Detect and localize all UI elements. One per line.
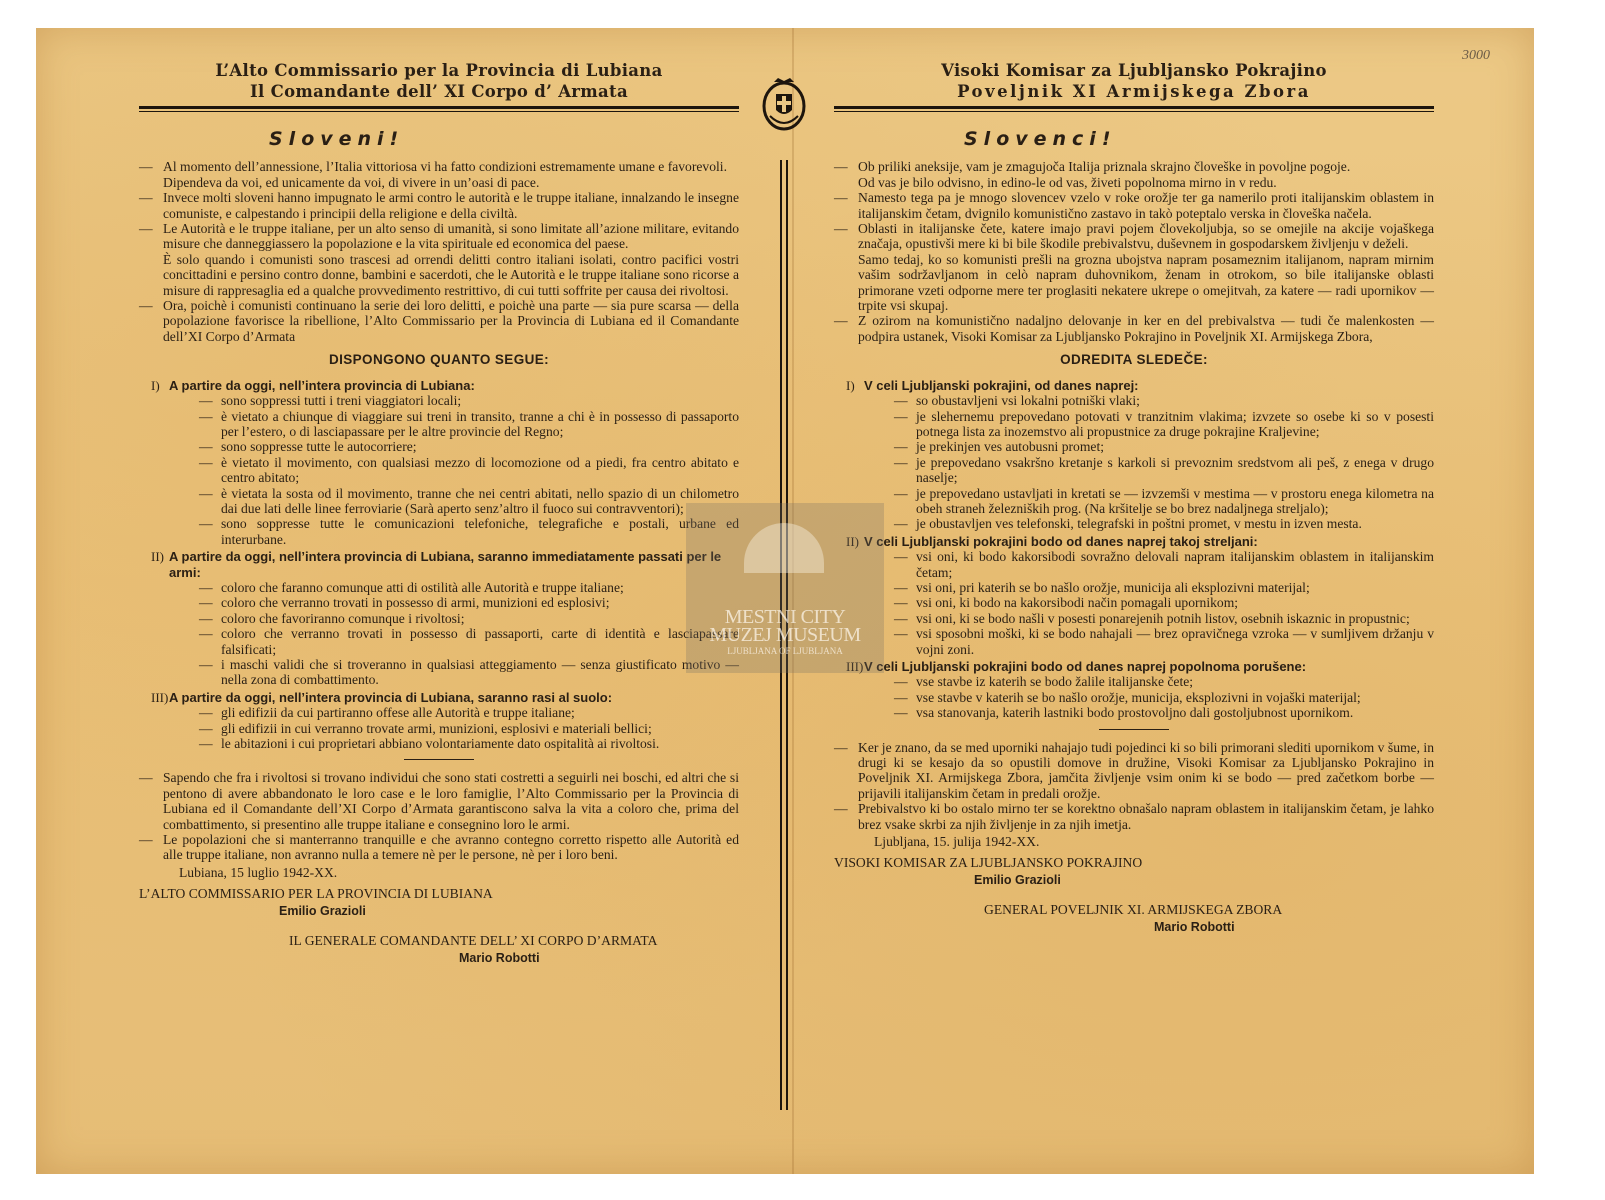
list-item: —gli edifizii in cui verranno trovate ar… <box>199 721 739 736</box>
slovene-disposition-heading: ODREDITA SLEDEČE: <box>834 352 1434 367</box>
list-item: —coloro che verranno trovati in possesso… <box>199 595 739 610</box>
intro-paragraph: —Le Autorità e le truppe italiane, per u… <box>139 221 739 252</box>
list-item: —vse stavbe v katerih se bo našlo orožje… <box>894 690 1434 705</box>
slovene-section-3: III)V celi Ljubljanski pokrajini bodo od… <box>834 659 1434 721</box>
list-item: —è vietato a chiunque di viaggiare sui t… <box>199 409 739 440</box>
intro-paragraph: Dipendeva da voi, ed unicamente da voi, … <box>139 175 739 190</box>
slovene-section-2: II)V celi Ljubljanski pokrajini bodo od … <box>834 534 1434 657</box>
list-item: —gli edifizii da cui partiranno offese a… <box>199 705 739 720</box>
section-separator <box>404 759 474 760</box>
intro-paragraph: Od vas je bilo odvisno, in edino-le od v… <box>834 175 1434 190</box>
italian-signatory2-name: Mario Robotti <box>139 951 739 966</box>
handwritten-note: 3000 <box>1462 48 1490 64</box>
intro-paragraph: —Z ozirom na komunistično nadaljno delov… <box>834 313 1434 344</box>
slovene-column: Visoki Komisar za Ljubljansko Pokrajino … <box>834 60 1434 935</box>
italian-section-3: III)A partire da oggi, nell’intera provi… <box>139 690 739 752</box>
italian-title: Sloveni! <box>269 132 739 147</box>
slovene-signatory1-name: Emilio Grazioli <box>834 873 1434 888</box>
list-item: —vsi sposobni moški, ki se bodo nahajali… <box>894 626 1434 657</box>
museum-watermark: MESTNI CITY MUZEJ MUSEUM LJUBLJANA OF LJ… <box>686 503 884 673</box>
slovene-title: Slovenci! <box>964 132 1434 147</box>
list-item: —le abitazioni i cui proprietari abbiano… <box>199 736 739 751</box>
italian-section-1: I)A partire da oggi, nell’intera provinc… <box>139 378 739 547</box>
intro-paragraph: È solo quando i comunisti sono trascesi … <box>139 252 739 298</box>
closing-paragraph: —Sapendo che fra i rivoltosi si trovano … <box>139 770 739 832</box>
list-item: —je slehernemu prepovedano potovati v tr… <box>894 409 1434 440</box>
proclamation-sheet: 3000 L’Alto Commissario per la Provincia… <box>36 28 1534 1174</box>
intro-paragraph: —Oblasti in italijanske čete, katere ima… <box>834 221 1434 252</box>
list-item: —vsa stanovanja, katerih lastniki bodo p… <box>894 705 1434 720</box>
section-separator <box>1099 729 1169 730</box>
list-item: —je obustavljen ves telefonski, telegraf… <box>894 516 1434 531</box>
list-item: —è vietata la sosta od il movimento, tra… <box>199 486 739 517</box>
list-item: —vsi oni, ki bodo kakorsibodi sovražno d… <box>894 549 1434 580</box>
italian-column: L’Alto Commissario per la Provincia di L… <box>139 60 739 966</box>
slovene-date: Ljubljana, 15. julija 1942-XX. <box>834 834 1434 849</box>
list-item: —vse stavbe iz katerih se bodo žalile it… <box>894 674 1434 689</box>
museum-logo-icon <box>744 523 824 573</box>
closing-paragraph: —Ker je znano, da se med uporniki nahaja… <box>834 740 1434 802</box>
slovene-section-1: I)V celi Ljubljanski pokrajini, od danes… <box>834 378 1434 532</box>
italian-intro: —Al momento dell’annessione, l’Italia vi… <box>139 159 739 344</box>
italian-signatory2-title: IL GENERALE COMANDANTE DELL’ XI CORPO D’… <box>139 933 739 948</box>
header-rule <box>139 106 739 112</box>
list-item: —coloro che faranno comunque atti di ost… <box>199 580 739 595</box>
slovene-signatory2-name: Mario Robotti <box>834 920 1434 935</box>
list-item: —sono soppresse tutte le autocorriere; <box>199 439 739 454</box>
list-item: —coloro che verranno trovati in possesso… <box>199 626 739 657</box>
list-item: —coloro che favoriranno comunque i rivol… <box>199 611 739 626</box>
intro-paragraph: —Al momento dell’annessione, l’Italia vi… <box>139 159 739 174</box>
slovene-header-line2: Poveljnik XI Armijskega Zbora <box>834 81 1434 102</box>
italian-section-2: II)A partire da oggi, nell’intera provin… <box>139 549 739 688</box>
italian-date: Lubiana, 15 luglio 1942-XX. <box>139 865 739 880</box>
italian-header-line1: L’Alto Commissario per la Provincia di L… <box>139 60 739 81</box>
intro-paragraph: —Namesto tega pa je mnogo slovencev vzel… <box>834 190 1434 221</box>
list-item: —è vietato il movimento, con qualsiasi m… <box>199 455 739 486</box>
slovene-intro: —Ob priliki aneksije, vam je zmagujoča I… <box>834 159 1434 344</box>
slovene-signatory2-title: GENERAL POVELJNIK XI. ARMIJSKEGA ZBORA <box>834 902 1434 917</box>
slovene-signatory1-title: VISOKI KOMISAR ZA LJUBLJANSKO POKRAJINO <box>834 855 1434 870</box>
list-item: —sono soppresse tutte le comunicazioni t… <box>199 516 739 547</box>
list-item: —je prepovedano ustavljati in kretati se… <box>894 486 1434 517</box>
intro-paragraph: —Invece molti sloveni hanno impugnato le… <box>139 190 739 221</box>
italian-signatory1-name: Emilio Grazioli <box>139 904 739 919</box>
list-item: —sono soppressi tutti i treni viaggiator… <box>199 393 739 408</box>
italian-disposition-heading: DISPONGONO QUANTO SEGUE: <box>139 352 739 367</box>
intro-paragraph: Samo tedaj, ko so komunisti prešli na gr… <box>834 252 1434 314</box>
intro-paragraph: —Ob priliki aneksije, vam je zmagujoča I… <box>834 159 1434 174</box>
list-item: —vsi oni, ki bodo na kakorsibodi način p… <box>894 595 1434 610</box>
list-item: —vsi oni, ki se bodo našli v posesti pon… <box>894 611 1434 626</box>
list-item: —je prepovedano vsakršno kretanje s kark… <box>894 455 1434 486</box>
list-item: —so obustavljeni vsi lokalni potniški vl… <box>894 393 1434 408</box>
list-item: —i maschi validi che si troveranno in qu… <box>199 657 739 688</box>
intro-paragraph: —Ora, poichè i comunisti continuano la s… <box>139 298 739 344</box>
italian-header-line2: Il Comandante dell’ XI Corpo d’ Armata <box>139 81 739 102</box>
closing-paragraph: —Prebivalstvo ki bo ostalo mirno ter se … <box>834 801 1434 832</box>
savoy-coat-of-arms-icon <box>762 76 806 132</box>
list-item: —vsi oni, pri katerih se bo našlo orožje… <box>894 580 1434 595</box>
slovene-header-line1: Visoki Komisar za Ljubljansko Pokrajino <box>834 60 1434 81</box>
closing-paragraph: —Le popolazioni che si manterranno tranq… <box>139 832 739 863</box>
italian-signatory1-title: L’ALTO COMMISSARIO PER LA PROVINCIA DI L… <box>139 886 739 901</box>
list-item: —je prekinjen ves autobusni promet; <box>894 439 1434 454</box>
header-rule <box>834 106 1434 112</box>
